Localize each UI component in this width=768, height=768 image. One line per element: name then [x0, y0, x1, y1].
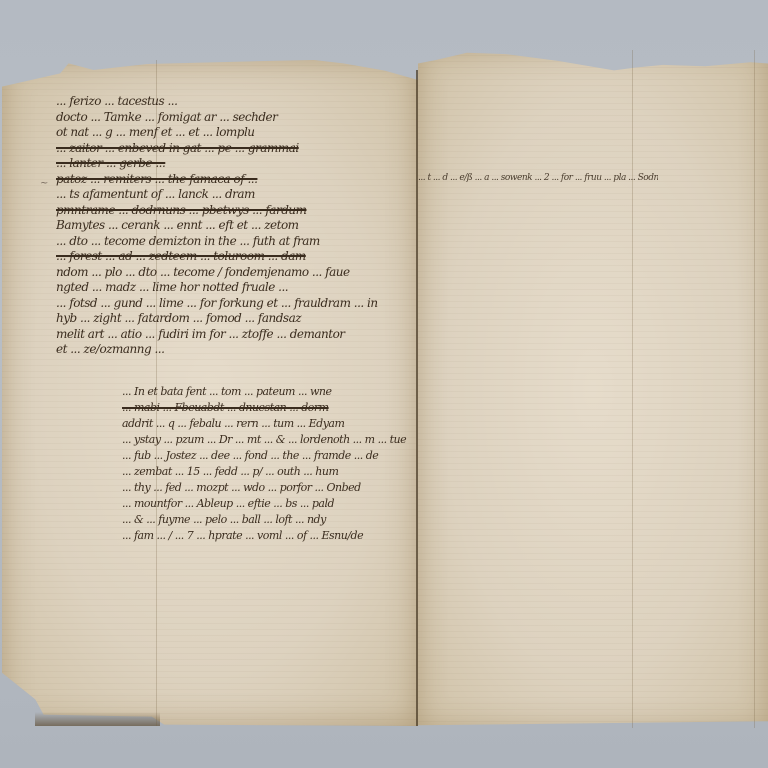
text-line: ... & ... fuyme ... pelo ... ball ... lo…	[122, 512, 422, 528]
right-manuscript-page	[418, 50, 768, 728]
text-line: ngted ... madz ... lime hor notted frual…	[56, 280, 416, 296]
text-line: ... zembat ... 15 ... fedd ... p/ ... ou…	[122, 464, 422, 480]
text-line: addrit ... q ... febalu ... rern ... tum…	[122, 416, 422, 432]
text-line: ... ystay ... pzum ... Dr ... mt ... & .…	[122, 432, 422, 448]
text-line: ... fam ... / ... 7 ... hprate ... voml …	[122, 528, 422, 544]
text-line: melit art ... atio ... fudiri im for ...…	[56, 327, 416, 343]
text-line: ... In et bata fent ... tom ... pateum .…	[122, 384, 422, 400]
main-text-block: ... ferizo ... tacestus ... docto ... Ta…	[56, 94, 416, 358]
struck-text-line: ... lanter ... gerbe ...	[56, 156, 416, 172]
struck-text-line: ... forest ... ad ... zedteem ... toluro…	[56, 249, 416, 265]
text-line: et ... ze/ozmanng ...	[56, 342, 416, 358]
right-page-annotation: ... t ... d ... e/ß ... a ... sowenk ...…	[418, 173, 658, 183]
text-line: ndom ... plo ... dto ... tecome / fondem…	[56, 265, 416, 281]
struck-text-line: patoz ... remiters ... the famaca of ...	[56, 172, 416, 188]
lower-text-block: ... In et bata fent ... tom ... pateum .…	[122, 384, 422, 544]
text-line: hyb ... zight ... fatardom ... fomod ...…	[56, 311, 416, 327]
text-line: ot nat ... g ... menf et ... et ... lomp…	[56, 125, 416, 141]
paper-surface	[418, 50, 768, 728]
text-line: Bamytes ... cerank ... ennt ... eft et .…	[56, 218, 416, 234]
water-stain	[35, 712, 160, 726]
text-line: ... mountfor ... Ableup ... eftie ... bs…	[122, 496, 422, 512]
text-line: docto ... Tamke ... fomigat ar ... sechd…	[56, 110, 416, 126]
text-line: ... ferizo ... tacestus ...	[56, 94, 416, 110]
fold-crease	[632, 50, 633, 728]
struck-text-line: ... zaitor ... enbeved in gat ... pe ...…	[56, 141, 416, 157]
struck-text-line: ... mabi ... Fbeuabdt ... dnuestan ... d…	[122, 400, 422, 416]
marginal-mark: ~	[40, 178, 48, 189]
text-line: ... dto ... tecome demizton in the ... f…	[56, 234, 416, 250]
fold-crease	[754, 50, 755, 728]
text-line: ... fotsd ... gund ... lime ... for fork…	[56, 296, 416, 312]
struck-text-line: pmntrame ... dodrnuns ... pbetwys ... fa…	[56, 203, 416, 219]
text-line: ... ts afamentunt of ... lanck ... dram	[56, 187, 416, 203]
text-line: ... thy ... fed ... mozpt ... wdo ... po…	[122, 480, 422, 496]
text-line: ... fub ... Jostez ... dee ... fond ... …	[122, 448, 422, 464]
